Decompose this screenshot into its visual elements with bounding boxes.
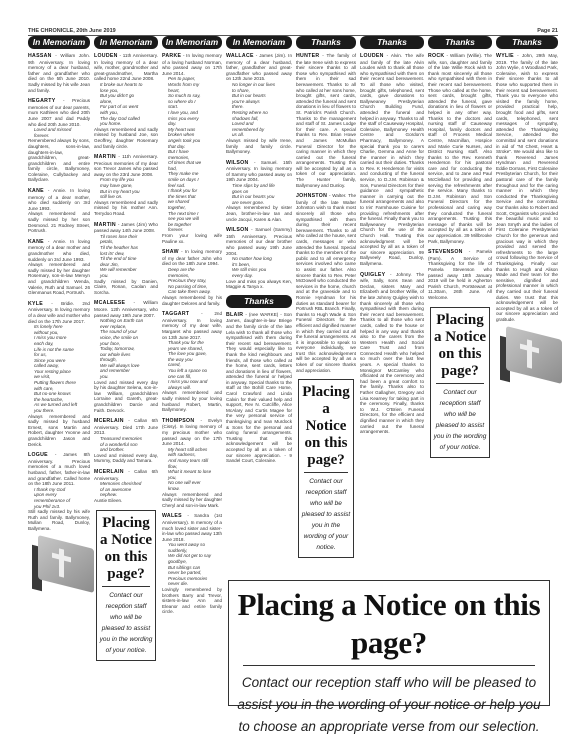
notice-text: - Pamela (Pam). A Service of Thanksgivin… xyxy=(428,249,492,300)
ad-subtitle: Contact our reception staff who will be … xyxy=(433,387,487,453)
ad-subtitle: Contact our reception staff who will be … xyxy=(99,590,153,656)
notice-entry: ROCK - William (Willie). The wife, son, … xyxy=(428,53,492,244)
notice-text: - William (Willie). The wife, son, daugh… xyxy=(428,53,492,244)
column-4: In MemoriamWALLACE - James (Jim). In mem… xyxy=(226,36,292,469)
banner-line-1: Contact our reception staff who will be … xyxy=(229,672,549,694)
notice-text: - Alvin. The wife and family of the late… xyxy=(360,53,424,266)
notice-name: HEGARTY xyxy=(28,98,55,104)
bible-illustration xyxy=(28,540,100,595)
notice-name: JOHNSTON xyxy=(296,193,327,199)
column-8: ThanksWYLIE - John, 29th May, 2019. The … xyxy=(496,36,558,386)
notice-name: LOGUE xyxy=(28,452,48,458)
notice-text: - (nee WARKE) - Son James, daughter-in-l… xyxy=(226,312,292,463)
notice-entry: STEVENSON - Pamela (Pam). A Service of T… xyxy=(428,249,492,300)
ad-title: Placing a Notice on this page? xyxy=(301,384,351,469)
notice-entry: MCALEESE - William Moore. 12th Anniversa… xyxy=(94,300,158,413)
notice-entry: BLAIR - (nee WARKE) - Son James, daughte… xyxy=(226,312,292,464)
banner-divider xyxy=(243,665,535,666)
column-7: ThanksROCK - William (Willie). The wife,… xyxy=(428,36,492,464)
notice-entry: JOHNSTON - Walter. The family of the lat… xyxy=(296,193,356,373)
bible-cross xyxy=(59,548,64,577)
notice-entry: THOMPSON - Evelyn (Cissy). In loving mem… xyxy=(162,418,222,509)
notice-entry: MCERLAIN - Callan 6th Anniversary. Died … xyxy=(94,418,158,464)
notice-entry: HASSAN - William John. 9th Anniversary. … xyxy=(28,53,90,93)
notice-entry: WALLACE - James (Jim). In memory of a de… xyxy=(226,53,292,155)
notice-entry: MARTIN - James (Jim) Who passed away 14t… xyxy=(94,222,158,296)
notice-entry: KYLE - Bridie. 2nd Anniversary. In lovin… xyxy=(28,301,90,447)
notice-name: MCERLAIN xyxy=(94,418,124,424)
notice-name: HUNTER xyxy=(296,53,319,59)
section-header-in-memoriam: In Memoriam xyxy=(226,36,292,49)
ad-title: Placing a Notice on this page? xyxy=(99,515,153,583)
column-3: In MemoriamPARKE - In loving memory of a… xyxy=(162,36,222,620)
notice-closing: Always remembered by sister Jean, brothe… xyxy=(226,205,292,222)
ad-divider xyxy=(304,472,348,473)
notice-name: KYLE xyxy=(28,301,43,307)
notice-name: KANE xyxy=(28,239,44,245)
notice-closing: Always remembered and sadly missed by yo… xyxy=(162,390,222,412)
notice-entry: LOUDEN - 11th Anniversary. In loving mem… xyxy=(94,53,158,149)
column-2: In MemoriamLOUDEN - 11th Anniversary. In… xyxy=(94,36,158,667)
column-6: ThanksLOUDEN - Alvin. The wife and famil… xyxy=(360,36,424,440)
notice-name: QUIGLEY xyxy=(360,272,385,278)
ad-divider xyxy=(436,383,484,384)
notice-entry: HEGARTY - Precious memories of our dear … xyxy=(28,98,90,183)
notice-closing: Sadly missed by Danien, Claire, Ronan, C… xyxy=(94,279,158,296)
placing-notice-ad: Placing a Notice on this page?Contact ou… xyxy=(96,510,156,661)
ad-subtitle: Contact our reception staff who will be … xyxy=(301,476,351,553)
notice-name: BLAIR xyxy=(226,312,243,318)
notice-closing: Loved and missed every day by his daught… xyxy=(94,380,158,414)
bible-illustration xyxy=(496,331,568,386)
notice-entry: KANE - Annie. In loving memory of a dear… xyxy=(28,239,90,296)
notice-name: PARKE xyxy=(162,53,181,59)
section-header-thanks: Thanks xyxy=(360,36,424,49)
masthead: THE CHRONICLE, 20th June 2019 Page 21 xyxy=(28,28,558,36)
notice-closing: Always remembered and sadly missed by he… xyxy=(28,262,90,296)
notice-entry: KANE - Annie. In loving memory of a dear… xyxy=(28,188,90,234)
placing-notice-ad: Placing a Notice on this page?Contact ou… xyxy=(430,307,490,458)
banner-line-2: assist you in the wording of your notice… xyxy=(229,694,549,716)
placing-notice-ad: Placing a Notice on this page?Contact ou… xyxy=(298,379,354,558)
notice-closing: Always remembered and sadly missed by hu… xyxy=(94,127,158,149)
notice-closing: Always remembered and sadly missed by hu… xyxy=(28,414,90,448)
notice-name: KANE xyxy=(28,188,44,194)
banner-line-3: to choose an appropriate verse from our … xyxy=(229,716,549,737)
ad-title: Placing a Notice on this page? xyxy=(433,312,487,380)
notice-text: - Walter. The family of the late Walter … xyxy=(296,193,356,372)
notice-name: MARTIN xyxy=(94,154,116,160)
notice-entry: MARTIN - 11th Anniversary. Precious memo… xyxy=(94,154,158,217)
notice-name: LOUDEN xyxy=(94,53,118,59)
notice-entry: LOGUE - James 8th Anniversary. Precious … xyxy=(28,452,90,531)
section-header-thanks: Thanks xyxy=(428,36,492,49)
notice-name: WILSON xyxy=(226,160,249,166)
notice-entry: MCERLAIN - Callan 6th Anniversary.Memori… xyxy=(94,469,158,504)
notice-entry: PARKE - In loving memory of a loving hus… xyxy=(162,53,222,244)
notice-entry: QUIGLEY - Johnny. The wife, Sally, sons … xyxy=(360,272,424,435)
notice-closing: Always remembered by his daughter Delore… xyxy=(162,295,222,306)
notice-entry: LOUDEN - Alvin. The wife and family of t… xyxy=(360,53,424,267)
column-1: In MemoriamHASSAN - William John. 9th An… xyxy=(28,36,90,595)
bible-cross xyxy=(527,339,532,368)
notice-name: THOMPSON xyxy=(162,418,194,424)
section-header-thanks: Thanks xyxy=(226,295,292,308)
section-header-in-memoriam: In Memoriam xyxy=(94,36,158,49)
notice-name: WALES xyxy=(162,513,182,519)
notice-text: - Johnny. The wife, Sally, sons Sean and… xyxy=(360,272,424,435)
notice-closing: Always remembered and sadly missed by he… xyxy=(162,492,222,509)
notice-text: - The family of the late Irene wish to e… xyxy=(296,53,356,188)
section-header-thanks: Thanks xyxy=(296,36,356,49)
notice-closing: Loved and missed every day, Mummy, Daddy… xyxy=(94,453,158,464)
bible-cover xyxy=(38,535,94,593)
bible-cover xyxy=(506,326,562,384)
section-header-thanks: Thanks xyxy=(496,36,558,49)
notice-closing: From your loving wife Pauline xx. xyxy=(162,233,222,244)
notice-closing: Auntie Eileen. xyxy=(94,498,158,504)
notice-name: MCALEESE xyxy=(94,300,125,306)
notice-entry: SHAW - In loving memory of my dear fathe… xyxy=(162,249,222,306)
notice-closing: Lovingly remembered by brothers Barry an… xyxy=(162,587,222,615)
notice-entry: TAGGART - 2nd Anniversary. In loving mem… xyxy=(162,311,222,413)
section-header-in-memoriam: In Memoriam xyxy=(162,36,222,49)
notice-closing: Remembered always by sons, daughters, so… xyxy=(28,138,90,183)
publication-date: THE CHRONICLE, 20th June 2019 xyxy=(28,28,116,34)
notice-name: MCERLAIN xyxy=(94,469,124,475)
notice-closing: Always missed by wife Irene, family and … xyxy=(226,138,292,155)
page-number: Page 21 xyxy=(537,28,558,34)
notice-name: HASSAN xyxy=(28,53,52,59)
notice-name: WILSON xyxy=(226,227,249,233)
notice-text: - William John. 9th Anniversary. In lovi… xyxy=(28,53,90,93)
notice-text: - John, 29th May, 2019. The family of th… xyxy=(496,53,558,322)
notice-name: STEVENSON xyxy=(428,249,463,255)
placing-notice-banner: Placing a Notice on this page? Contact o… xyxy=(228,580,550,706)
notice-name: MARTIN xyxy=(94,222,116,228)
ad-divider xyxy=(102,586,150,587)
notice-entry: WILSON - Samuel (Sammy) 15th Anniversary… xyxy=(226,227,292,290)
notice-closing: Always remembered and sadly missed by he… xyxy=(28,211,90,233)
notice-name: LOUDEN xyxy=(360,53,384,59)
notice-name: TAGGART xyxy=(162,311,189,317)
notice-name: SHAW xyxy=(162,249,179,255)
notice-entry: WYLIE - John, 29th May, 2019. The family… xyxy=(496,53,558,323)
banner-title: Placing a Notice on this page? xyxy=(229,586,549,662)
notice-entry: WALES - Sandra (1st Anniversary). In mem… xyxy=(162,513,222,615)
notice-closing: Love and miss you always Ken, Maggie & T… xyxy=(226,279,292,290)
notice-name: WYLIE xyxy=(496,53,514,59)
notice-closing: Still sadly missed by his wife Ruth and … xyxy=(28,509,90,531)
notice-entry: WILSON - Samuel. 15th Anniversary. In lo… xyxy=(226,160,292,223)
section-header-in-memoriam: In Memoriam xyxy=(28,36,90,49)
column-5: ThanksHUNTER - The family of the late Ir… xyxy=(296,36,356,564)
notice-name: ROCK xyxy=(428,53,444,59)
notice-closing: Always remembered and sadly missed by hi… xyxy=(94,200,158,217)
notice-entry: HUNTER - The family of the late Irene wi… xyxy=(296,53,356,188)
notice-name: WALLACE xyxy=(226,53,254,59)
